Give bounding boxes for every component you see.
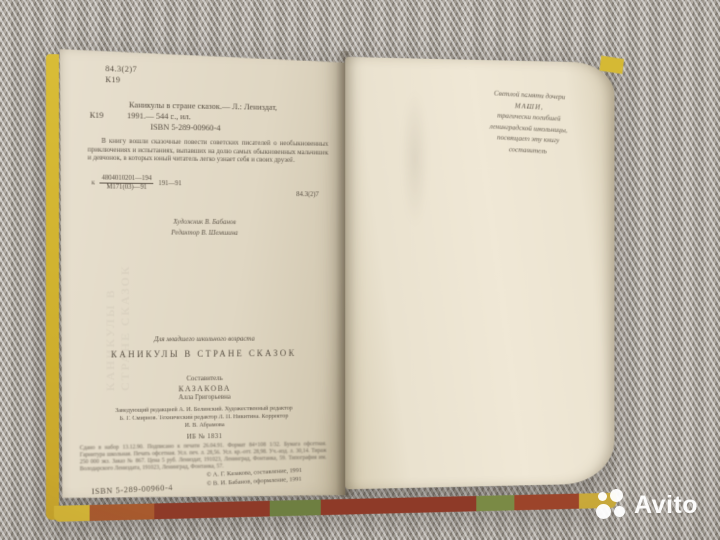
- compiler-name: Алла Григорьевна: [60, 391, 345, 404]
- print-code-fraction: 4804010201—194 М171(03)—91: [100, 175, 154, 191]
- bbk-code: 84.3(2)7: [105, 63, 137, 75]
- dedication-block: Светлой памяти дочери МАШИ, трагически п…: [453, 85, 603, 158]
- book-cover-corner-top-right: [600, 56, 625, 74]
- avito-logo-icon: [596, 489, 628, 521]
- catalog-author-mark: К19: [90, 110, 127, 122]
- classification-codes: 84.3(2)7 К19: [105, 63, 137, 85]
- book-title: КАНИКУЛЫ В СТРАНЕ СКАЗОК: [60, 348, 345, 360]
- staff-credits: Заведующий редакцией А. И. Белинский. Ху…: [79, 404, 328, 431]
- bbk-code-repeat: 84.3(2)7: [296, 190, 319, 198]
- isbn-bottom: ISBN 5-289-00960-4: [91, 482, 173, 496]
- photo-scene: 84.3(2)7 К19 Каникулы в стране сказок.— …: [0, 0, 720, 540]
- catalog-year-pages: 1991.— 544 с., ил.: [127, 110, 191, 121]
- catalog-isbn: ISBN 5-289-00960-4: [90, 121, 321, 135]
- annotation-paragraph: В книгу вошли сказочные повести советски…: [88, 137, 329, 165]
- avito-watermark: Avito: [596, 489, 698, 521]
- right-page: Светлой памяти дочери МАШИ, трагически п…: [345, 57, 614, 489]
- print-code-denominator: М171(03)—91: [107, 183, 147, 190]
- audience-note: Для младшего школьного возраста: [60, 334, 345, 344]
- left-page: 84.3(2)7 К19 Каникулы в стране сказок.— …: [60, 46, 345, 501]
- watermark-label: Avito: [634, 491, 698, 520]
- print-code-suffix: 191—91: [158, 180, 181, 187]
- catalog-entry: Каникулы в стране сказок.— Л.: Лениздат,…: [90, 99, 321, 135]
- book-cover-edge-left: [46, 54, 59, 520]
- author-mark: К19: [105, 74, 137, 86]
- print-code-row: к 4804010201—194 М171(03)—91 191—91: [92, 174, 182, 191]
- illustration-show-through: [397, 85, 432, 268]
- compiler-block: Составитель КАЗАКОВА Алла Григорьевна: [60, 373, 345, 404]
- print-code-prefix: к: [92, 179, 95, 186]
- open-book: 84.3(2)7 К19 Каникулы в стране сказок.— …: [46, 36, 646, 516]
- cover-title-show-through: КАНИКУЛЫ В СТРАНЕ СКАЗОК: [103, 232, 132, 391]
